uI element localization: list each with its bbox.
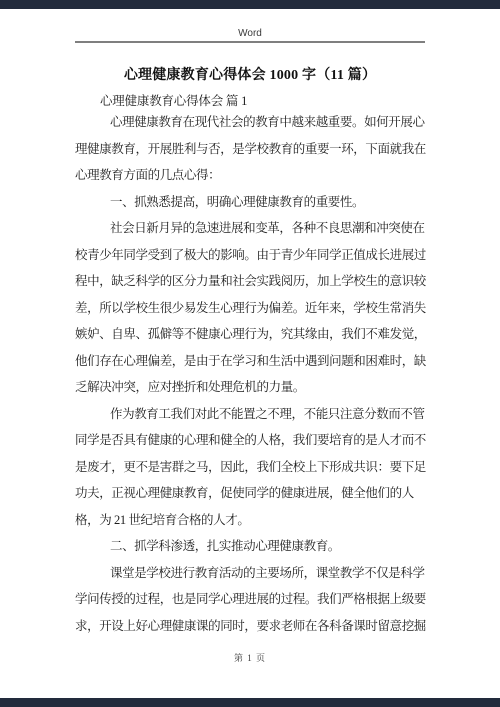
text-line: 程中，缺乏科学的区分力量和社会实践阅历，加上学校生的意识较 — [75, 268, 425, 295]
page-number: 第 1 页 — [234, 653, 266, 663]
document-viewer: Word 心理健康教育心得体会 1000 字（11 篇） 心理健康教育心得体会 … — [0, 0, 500, 707]
text-line: 他们存在心理偏差，是由于在学习和生活中遇到问题和困难时，缺 — [75, 348, 425, 375]
text-line: 是废才，更不是害群之马，因此，我们全校上下形成共识：要下足 — [75, 454, 425, 481]
text-line: 乏解决冲突，应对挫折和处理危机的力量。 — [75, 374, 425, 401]
text-line: 求，开设上好心理健康课的同时，要求老师在各科备课时留意挖掘 — [75, 613, 425, 640]
bottom-chrome-bar — [0, 698, 500, 707]
text-line: 心理健康教育在现代社会的教育中越来越重要。如何开展心 — [75, 109, 425, 136]
text-line: 理健康教育，开展胜利与否，是学校教育的重要一环，下面就我在 — [75, 136, 425, 163]
text-line: 嫉妒、自卑、孤僻等不健康心理行为，究其缘由，我们不难发觉， — [75, 321, 425, 348]
text-line: 一、抓熟悉提高，明确心理健康教育的重要性。 — [75, 189, 425, 216]
text-line: 课堂是学校进行教育活动的主要场所，课堂教学不仅是科学 — [75, 560, 425, 587]
page-header: Word — [75, 0, 425, 43]
page-footer: 第 1 页 — [75, 651, 425, 664]
text-line: 学问传授的过程，也是同学心理进展的过程。我们严格根据上级要 — [75, 586, 425, 613]
document-title: 心理健康教育心得体会 1000 字（11 篇） — [75, 64, 425, 84]
text-line: 社会日新月异的急速进展和变革，各种不良思潮和冲突使在 — [75, 215, 425, 242]
document-body: 心理健康教育在现代社会的教育中越来越重要。如何开展心理健康教育，开展胜利与否，是… — [75, 109, 425, 639]
text-line: 格，为 21 世纪培育合格的人才。 — [75, 507, 425, 534]
app-label: Word — [75, 28, 425, 39]
text-line: 差，所以学校生很少易发生心理行为偏差。近年来，学校生常消失 — [75, 295, 425, 322]
text-line: 二、抓学科渗透，扎实推动心理健康教育。 — [75, 533, 425, 560]
text-line: 校青少年同学受到了极大的影响。由于青少年同学正值成长进展过 — [75, 242, 425, 269]
section-heading: 心理健康教育心得体会 篇 1 — [100, 91, 247, 109]
text-line: 同学是否具有健康的心理和健全的人格，我们要培育的是人才而不 — [75, 427, 425, 454]
text-line: 心理教育方面的几点心得： — [75, 162, 425, 189]
text-line: 功夫，正视心理健康教育，促使同学的健康进展，健全他们的人 — [75, 480, 425, 507]
text-line: 作为教育工我们对此不能置之不理，不能只注意分数而不管 — [75, 401, 425, 428]
